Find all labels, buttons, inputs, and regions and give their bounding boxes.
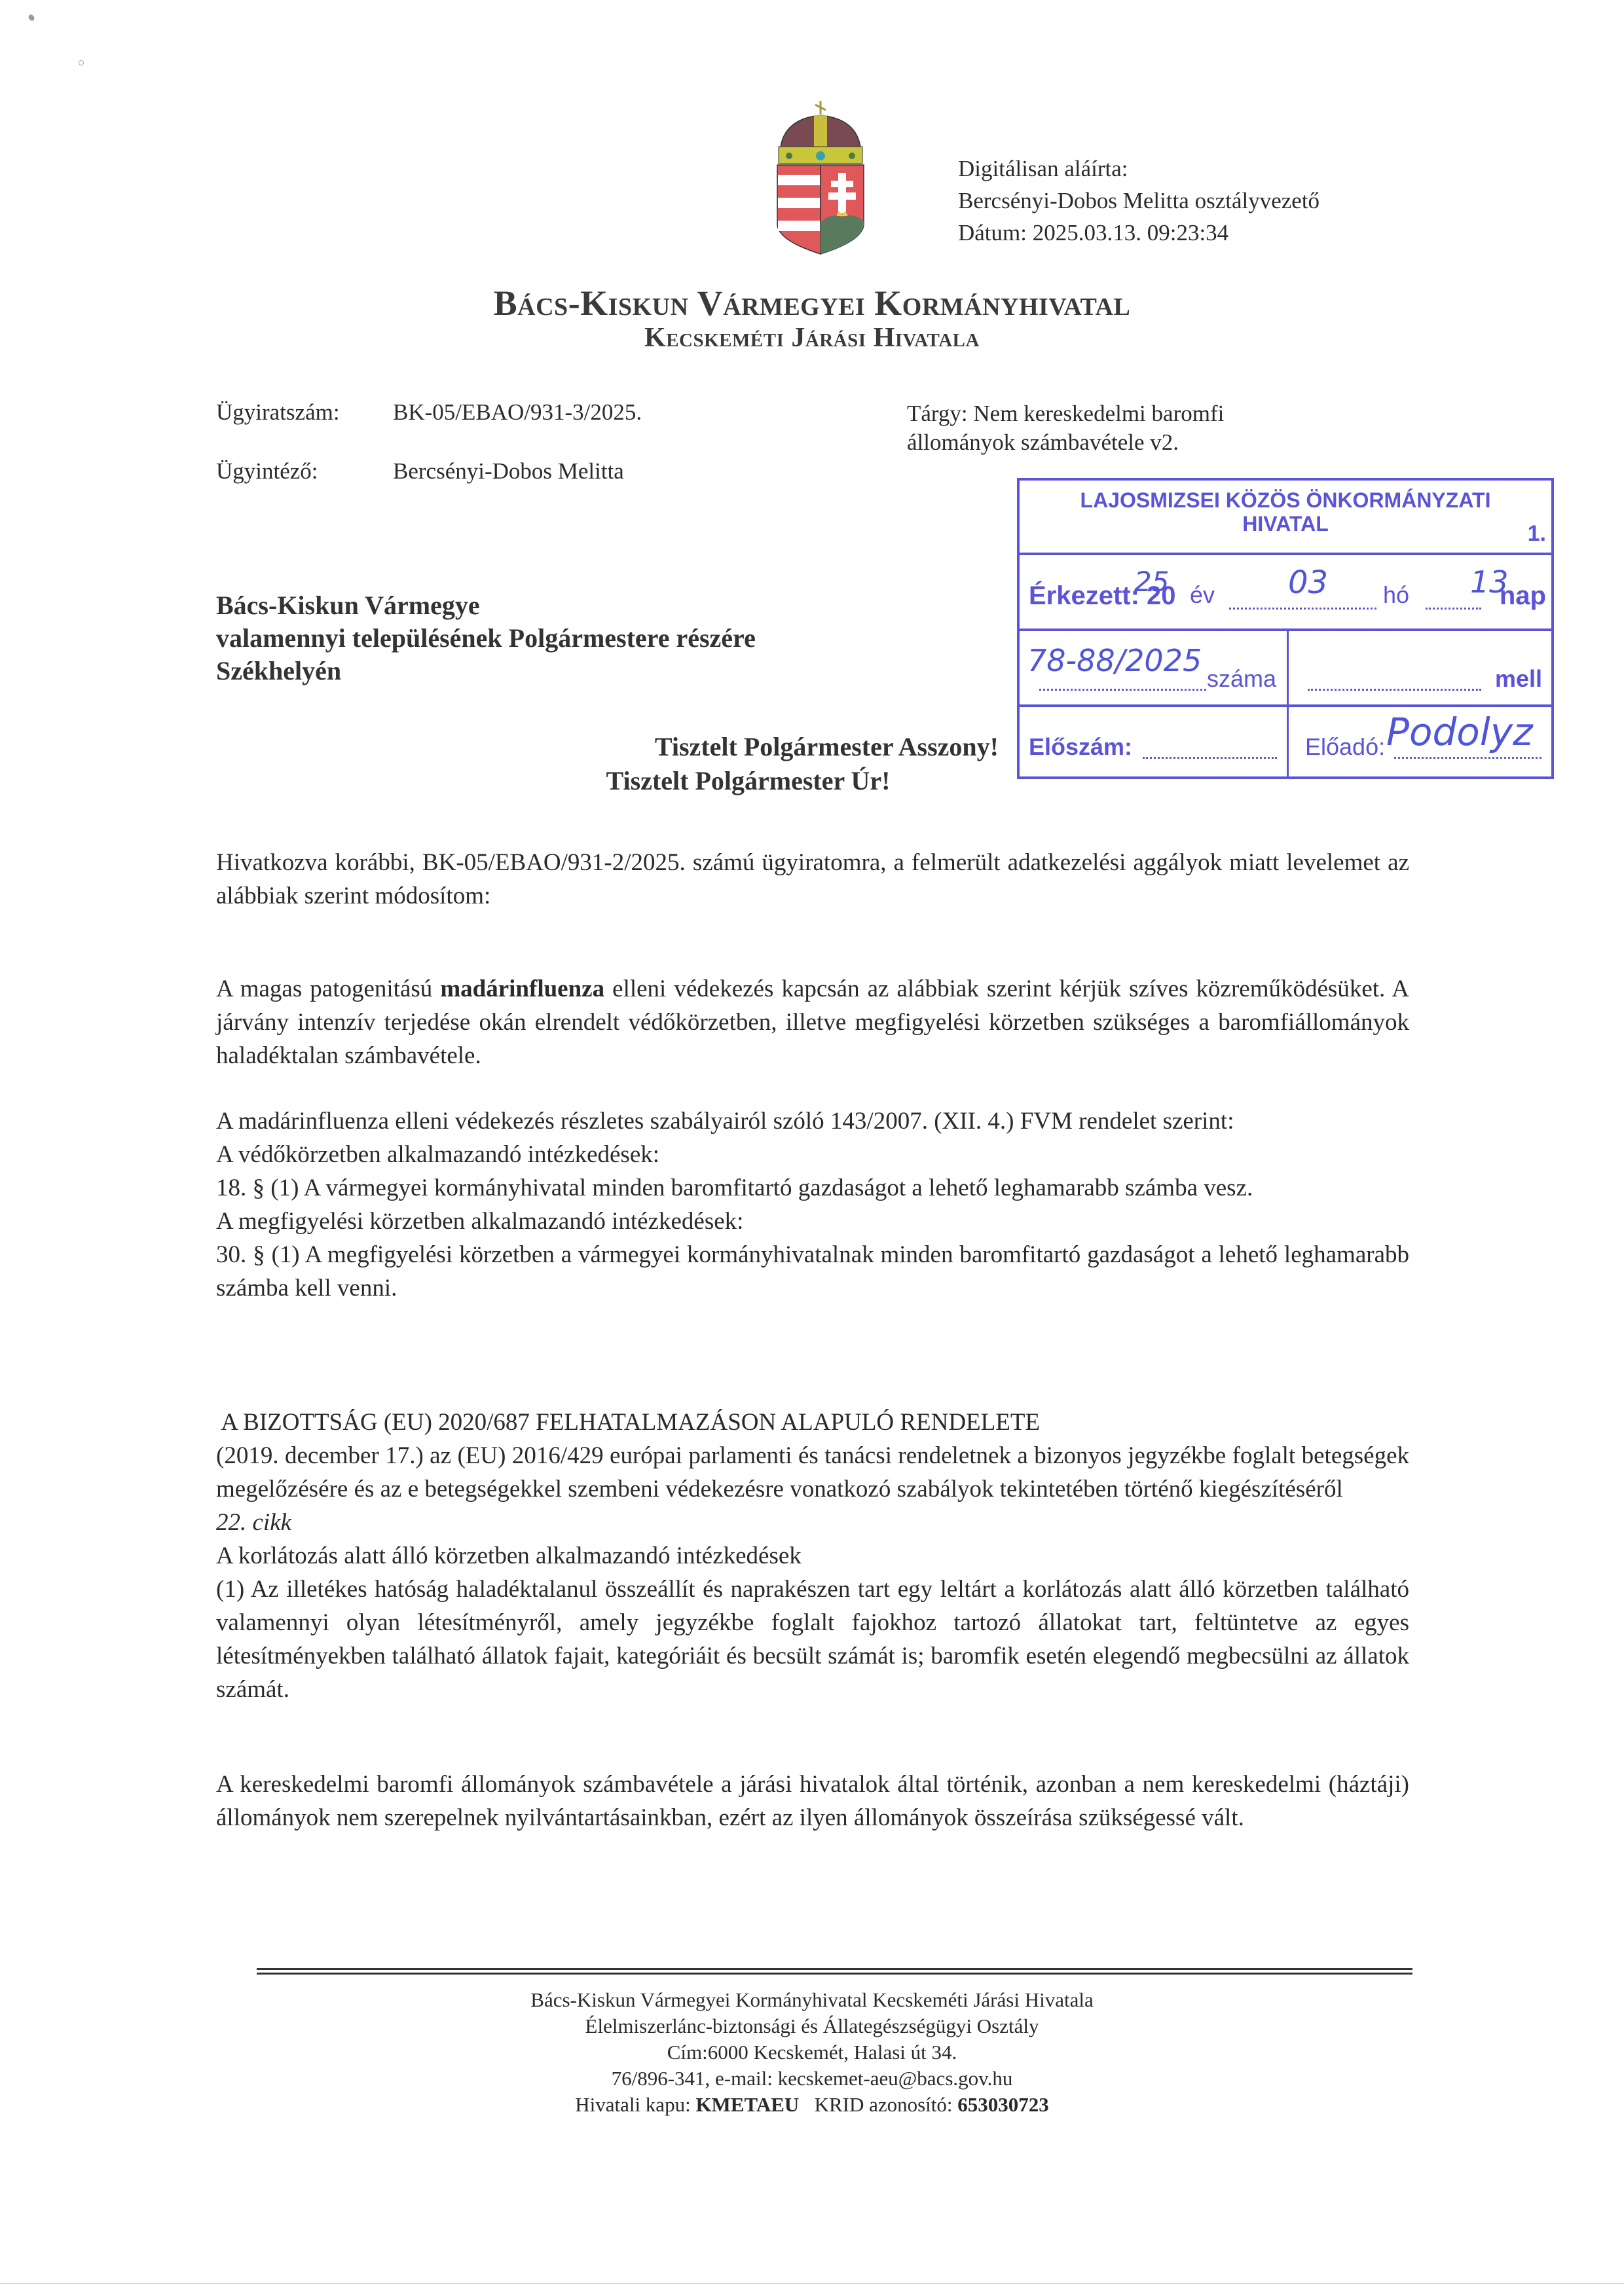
signature-label: Digitálisan aláírta:	[958, 153, 1319, 185]
handwritten-month: 03	[1288, 564, 1328, 601]
krid-id: 653030723	[957, 2093, 1049, 2116]
month-label: hó	[1383, 581, 1409, 609]
dotted-line	[1229, 608, 1376, 610]
stamp-header: LAJOSMIZSEI KÖZÖS ÖNKORMÁNYZATI HIVATAL …	[1020, 481, 1551, 555]
registration-stamp: LAJOSMIZSEI KÖZÖS ÖNKORMÁNYZATI HIVATAL …	[1017, 478, 1554, 779]
dotted-line	[1426, 608, 1481, 610]
scan-edge	[0, 2283, 1624, 2284]
footer-divider	[257, 1968, 1412, 1975]
case-number: BK-05/EBAO/931-3/2025.	[393, 399, 642, 426]
paragraph-text: A madárinfluenza elleni védekezés részle…	[216, 1104, 1409, 1138]
paragraph-text: (2019. december 17.) az (EU) 2016/429 eu…	[216, 1439, 1409, 1506]
hungarian-coat-of-arms-icon	[775, 100, 866, 257]
text-span: Hivatali kapu:	[575, 2093, 695, 2116]
paragraph-text: Hivatkozva korábbi, BK-05/EBAO/931-2/202…	[216, 846, 1409, 913]
stamp-officer-row: Előszám: Előadó: Podolyz	[1020, 704, 1551, 776]
footer-ids: Hivatali kapu: KMETAEU KRID azonosító: 6…	[0, 2092, 1624, 2118]
handwritten-reg-number: 78-88/2025	[1027, 643, 1202, 678]
paragraph-text: A kereskedelmi baromfi állományok számba…	[216, 1768, 1409, 1834]
stamp-registration-row: 78-88/2025 száma mell	[1020, 629, 1551, 707]
year-label: év	[1190, 581, 1215, 609]
officer-label: Előadó:	[1305, 733, 1385, 761]
emphasis-madarinfluenza: madárinfluenza	[440, 975, 604, 1002]
dotted-line	[1308, 689, 1481, 691]
footer-phone-email: 76/896-341, e-mail: kecskemet-aeu@bacs.g…	[0, 2066, 1624, 2092]
hivatali-kapu-id: KMETAEU	[695, 2093, 799, 2116]
body-paragraph-eu-regulation: A BIZOTTSÁG (EU) 2020/687 FELHATALMAZÁSO…	[216, 1406, 1409, 1706]
footer-address: Cím:6000 Kecskemét, Halasi út 34.	[0, 2039, 1624, 2066]
section-heading: A védőkörzetben alkalmazandó intézkedése…	[216, 1138, 1409, 1171]
addressee-block: Bács-Kiskun Vármegye valamennyi települé…	[216, 589, 756, 687]
legal-clause: (1) Az illetékes hatóság haladéktalanul …	[216, 1573, 1409, 1706]
addressee-line: Bács-Kiskun Vármegye	[216, 589, 756, 622]
reg-number-label: száma	[1207, 665, 1276, 693]
footer-line: Élelmiszerlánc-biztonsági és Állategészs…	[0, 2013, 1624, 2039]
article-number: 22. cikk	[216, 1506, 1409, 1539]
body-paragraph-legal-citation: A madárinfluenza elleni védekezés részle…	[216, 1104, 1409, 1305]
salutation-line: Tisztelt Polgármester Asszony!	[498, 730, 999, 764]
addressee-line: Székhelyén	[216, 655, 756, 687]
subject-line: Tárgy: Nem kereskedelmi baromfi állomány…	[907, 399, 1313, 457]
salutation-line: Tisztelt Polgármester Úr!	[498, 764, 999, 798]
officer-name: Bercsényi-Dobos Melitta	[393, 458, 624, 484]
legal-clause: 30. § (1) A megfigyelési körzetben a vár…	[216, 1238, 1409, 1305]
letterhead-org: Bács-Kiskun Vármegyei Kormányhivatal	[0, 283, 1624, 323]
dotted-line	[1039, 689, 1206, 691]
signer-name: Bercsényi-Dobos Melitta osztályvezető	[958, 185, 1319, 217]
body-paragraph: A kereskedelmi baromfi állományok számba…	[216, 1768, 1409, 1834]
paragraph-text: A magas patogenitású madárinfluenza elle…	[216, 972, 1409, 1072]
addressee-line: valamennyi településének Polgármestere r…	[216, 622, 756, 655]
stamp-org: LAJOSMIZSEI KÖZÖS ÖNKORMÁNYZATI	[1020, 488, 1551, 513]
text-span: A magas patogenitású	[216, 975, 440, 1002]
case-number-label: Ügyiratszám:	[216, 399, 340, 426]
digital-signature-block: Digitálisan aláírta: Bercsényi-Dobos Mel…	[958, 153, 1319, 249]
body-paragraph: Hivatkozva korábbi, BK-05/EBAO/931-2/202…	[216, 846, 1409, 913]
text-span: KRID azonosító:	[799, 2093, 957, 2116]
body-paragraph: A magas patogenitású madárinfluenza elle…	[216, 972, 1409, 1072]
day-label: nap	[1500, 581, 1546, 611]
section-heading: A megfigyelési körzetben alkalmazandó in…	[216, 1205, 1409, 1238]
previous-number-label: Előszám:	[1029, 733, 1132, 761]
scan-speck	[28, 14, 35, 22]
stamp-divider	[1287, 629, 1289, 704]
stamp-divider	[1287, 704, 1289, 776]
dotted-line	[1143, 757, 1277, 759]
section-heading: A korlátozás alatt álló körzetben alkalm…	[216, 1539, 1409, 1573]
attachment-label: mell	[1495, 665, 1542, 693]
signature-date: Dátum: 2025.03.13. 09:23:34	[958, 217, 1319, 249]
scan-speck	[79, 60, 84, 65]
salutation: Tisztelt Polgármester Asszony! Tisztelt …	[498, 730, 999, 798]
legal-clause: 18. § (1) A vármegyei kormányhivatal min…	[216, 1171, 1409, 1205]
officer-label: Ügyintéző:	[216, 458, 318, 484]
footer-line: Bács-Kiskun Vármegyei Kormányhivatal Kec…	[0, 1987, 1624, 2013]
letterhead-office: Kecskeméti Járási Hivatala	[0, 322, 1624, 354]
stamp-org: HIVATAL	[1020, 512, 1551, 536]
footer-contact: Bács-Kiskun Vármegyei Kormányhivatal Kec…	[0, 1987, 1624, 2118]
handwritten-officer-signature: Podolyz	[1386, 710, 1533, 754]
dotted-line	[1394, 757, 1541, 759]
regulation-title: A BIZOTTSÁG (EU) 2020/687 FELHATALMAZÁSO…	[216, 1406, 1409, 1439]
stamp-received-row: Érkezett: 20 25 év 03 hó 13 nap	[1020, 553, 1551, 631]
handwritten-year: 25	[1134, 566, 1169, 598]
stamp-number: 1.	[1528, 521, 1546, 547]
